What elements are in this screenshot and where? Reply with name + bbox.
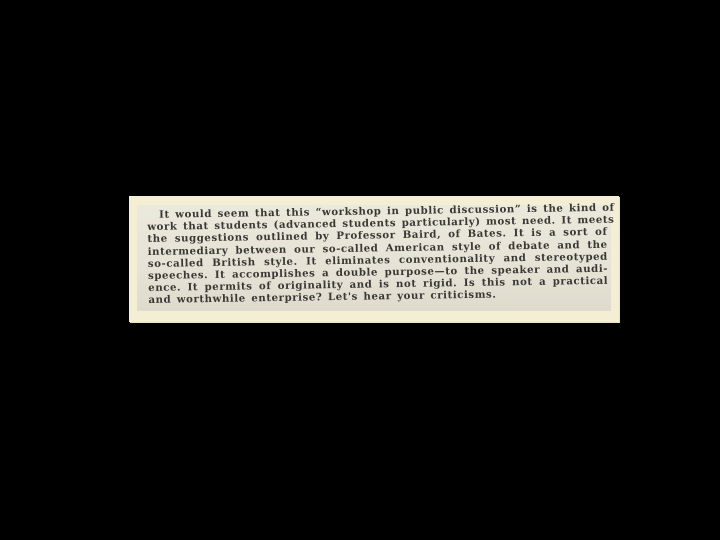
newspaper-clipping: It would seem that this “workshop in pub… — [129, 196, 619, 322]
clipping-print-area: It would seem that this “workshop in pub… — [137, 205, 611, 311]
clipping-paragraph: It would seem that this “workshop in pub… — [147, 202, 608, 307]
